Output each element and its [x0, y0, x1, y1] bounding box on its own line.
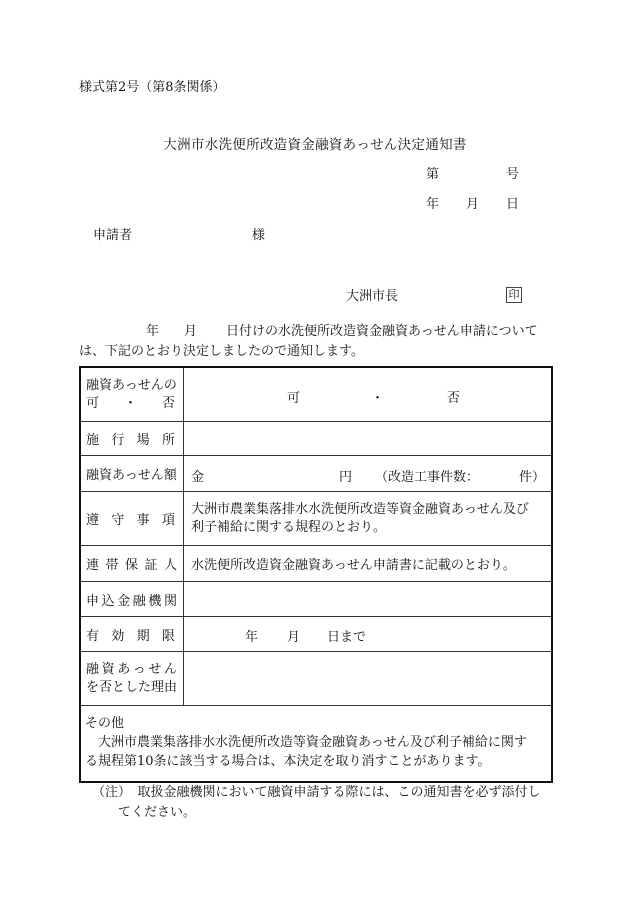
table-row-bank: 申込 金融 機関 [81, 582, 551, 617]
applicant-label: 申請者 [93, 228, 132, 244]
row-label: 融資あっせんの 可 ・ 否 [81, 368, 184, 421]
table-row-amount: 融資あっせん額 金 円 （改造工事件数： 件） [81, 456, 551, 492]
deny-option[interactable]: 否 [447, 387, 460, 406]
table-row-validity: 有効 期限 年 月 日まで [81, 617, 551, 652]
date-year: 年 [426, 197, 439, 213]
honorific: 様 [252, 228, 265, 244]
intro-year: 年 [146, 324, 159, 340]
bank-field[interactable] [185, 582, 551, 616]
row-label: 施行 場所 [81, 422, 184, 455]
compliance-text: 大洲市農業集落排水水洗便所改造等資金融資あっせん及び 利子補給に関する規程のとお… [185, 492, 551, 545]
intro-month: 月 [184, 324, 197, 340]
validity-field[interactable]: 年 月 日まで [185, 617, 551, 651]
approve-option[interactable]: 可 [287, 387, 300, 406]
row-label: 融資 あっ せん を否とした理由 [81, 652, 184, 705]
row-label: 有効 期限 [81, 617, 184, 651]
table-row-denial-reason: 融資 あっ せん を否とした理由 [81, 652, 551, 706]
table-row-compliance: 遵守 事項 大洲市農業集落排水水洗便所改造等資金融資あっせん及び 利子補給に関す… [81, 492, 551, 546]
footnote-line-1: （注） 取扱金融機関において融資申請する際には、この通知書を必ず添付し [92, 785, 541, 801]
number-prefix: 第 [426, 167, 439, 183]
row-label: 融資あっせん額 [81, 456, 184, 491]
issuer-name: 大洲市長 [346, 289, 398, 305]
denial-reason-field[interactable] [185, 652, 551, 705]
approval-choice[interactable]: 可 ・ 否 [185, 368, 551, 421]
other-notes: その他 大洲市農業集落排水水洗便所改造等資金融資あっせん及び利子補給に関す る規… [81, 706, 551, 781]
form-number: 様式第2号（第8条関係） [79, 80, 226, 96]
site-field[interactable] [185, 422, 551, 455]
number-suffix: 号 [506, 167, 519, 183]
table-row-guarantor: 連帯 保証 人 水洗便所改造資金融資あっせん申請書に記載のとおり。 [81, 546, 551, 582]
intro-day-text: 日付けの水洗便所改造資金融資あっせん申請について [226, 324, 538, 340]
other-line-2: る規程第10条に該当する場合は、本決定を取り消すことがあります。 [85, 752, 547, 771]
table-row-site: 施行 場所 [81, 422, 551, 456]
decision-table: 融資あっせんの 可 ・ 否 可 ・ 否 施行 場所 融資あっせん額 [79, 366, 553, 783]
intro-line-2: は、下記のとおり決定しましたので通知します。 [79, 344, 364, 360]
seal-icon: 印 [506, 287, 522, 303]
date-day: 日 [506, 197, 519, 213]
table-row-approval: 融資あっせんの 可 ・ 否 可 ・ 否 [81, 368, 551, 422]
date-month: 月 [466, 197, 479, 213]
row-label: 連帯 保証 人 [81, 546, 184, 581]
guarantor-text: 水洗便所改造資金融資あっせん申請書に記載のとおり。 [185, 546, 551, 581]
other-line-1: 大洲市農業集落排水水洗便所改造等資金融資あっせん及び利子補給に関す [85, 733, 547, 752]
amount-field[interactable]: 金 円 （改造工事件数： 件） [185, 456, 551, 491]
document-title: 大洲市水洗便所改造資金融資あっせん決定通知書 [0, 137, 630, 153]
row-label: 申込 金融 機関 [81, 582, 184, 616]
separator: ・ [371, 387, 384, 406]
other-heading: その他 [85, 714, 547, 733]
footnote-line-2: てください。 [118, 805, 196, 821]
row-label: 遵守 事項 [81, 492, 184, 545]
